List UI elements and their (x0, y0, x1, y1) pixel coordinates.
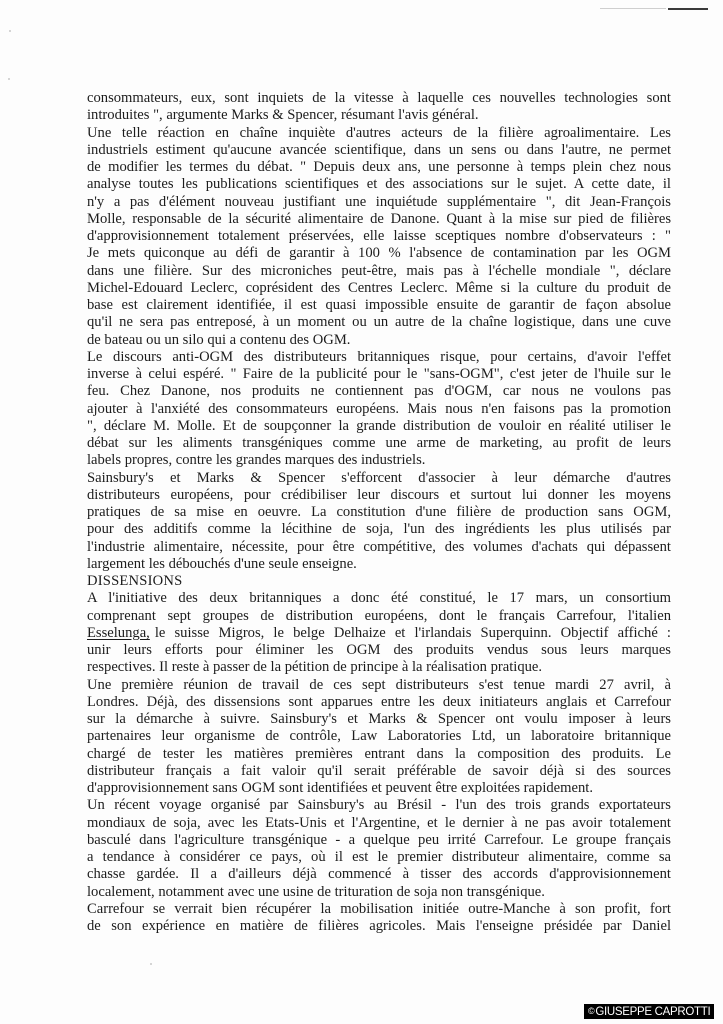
text-line: inverse à celui espéré. " Faire de la pu… (87, 366, 671, 383)
text-line: pratiques de sa mise en oeuvre. La const… (87, 504, 671, 521)
text-line-rest: le suisse Migros, le belge Delhaize et l… (155, 625, 671, 642)
text-line: unir leurs efforts pour éliminer les OGM… (87, 642, 671, 659)
photographer-watermark: ©GIUSEPPE CAPROTTI (584, 1004, 714, 1019)
text-line: de bateau ou un silo qui a contenu des O… (87, 332, 671, 349)
text-line: chasse gardée. Il a d'ailleurs déjà comm… (87, 866, 671, 883)
text-line: d'approvisionnement totalement préservée… (87, 228, 671, 245)
text-line: Le discours anti-OGM des distributeurs b… (87, 349, 671, 366)
text-line: Une telle réaction en chaîne inquiète d'… (87, 125, 671, 142)
paragraph: Une telle réaction en chaîne inquiète d'… (87, 125, 671, 349)
document-body: consommateurs, eux, sont inquiets de la … (87, 90, 671, 935)
text-line: qu'il ne sera pas entreposé, à un moment… (87, 314, 671, 331)
paragraph: consommateurs, eux, sont inquiets de la … (87, 90, 671, 125)
paragraph: Un récent voyage organisé par Sainsbury'… (87, 797, 671, 901)
text-line-with-underline: Esselunga, le suisse Migros, le belge De… (87, 625, 671, 642)
text-line: Une première réunion de travail de ces s… (87, 677, 671, 694)
text-line: base est clairement identifiée, il est q… (87, 297, 671, 314)
text-line: Londres. Déjà, des dissensions sont appa… (87, 694, 671, 711)
text-line: a tendance à considérer ce pays, où il e… (87, 849, 671, 866)
text-line: de son expérience en matière de filières… (87, 918, 671, 935)
text-line: Un récent voyage organisé par Sainsbury'… (87, 797, 671, 814)
text-line: l'industrie alimentaire, nécessite, pour… (87, 539, 671, 556)
text-line: introduites ", argumente Marks & Spencer… (87, 107, 671, 124)
text-line: analyse toutes les publications scientif… (87, 176, 671, 193)
text-line: mondiaux de soja, avec les Etats-Unis et… (87, 815, 671, 832)
text-line: consommateurs, eux, sont inquiets de la … (87, 90, 671, 107)
text-line: Michel-Edouard Leclerc, coprésident des … (87, 280, 671, 297)
text-line: Molle, responsable de la sécurité alimen… (87, 211, 671, 228)
text-line: partenaires leur organisme de contrôle, … (87, 728, 671, 745)
text-line: comprenant sept groupes de distribution … (87, 608, 671, 625)
text-line: feu. Chez Danone, nos produits ne contie… (87, 383, 671, 400)
text-line: Sainsbury's et Marks & Spencer s'efforce… (87, 470, 671, 487)
text-line: distributeurs européens, pour crédibilis… (87, 487, 671, 504)
text-line: ajouter à l'anxiété des consommateurs eu… (87, 401, 671, 418)
text-line: de modifier les termes du débat. " Depui… (87, 159, 671, 176)
text-line: dans une filière. Sur des microniches pe… (87, 263, 671, 280)
paragraph: Une première réunion de travail de ces s… (87, 677, 671, 798)
copyright-icon: © (588, 1004, 594, 1019)
section-heading: DISSENSIONS (87, 573, 671, 590)
scan-speck (9, 30, 11, 32)
paragraph: A l'initiative des deux britanniques a d… (87, 590, 671, 676)
scan-edge-mark (600, 8, 666, 9)
text-line: localement, notamment avec une usine de … (87, 884, 671, 901)
scan-speck (8, 78, 10, 80)
text-line: distributeur français a fait valoir qu'i… (87, 763, 671, 780)
text-line: d'approvisionnement sans OGM sont identi… (87, 780, 671, 797)
text-line: débat sur les aliments transgéniques com… (87, 435, 671, 452)
text-line: n'y a pas d'élément nouveau justifiant u… (87, 194, 671, 211)
text-line: basculé dans l'agriculture transgénique … (87, 832, 671, 849)
paragraph: Le discours anti-OGM des distributeurs b… (87, 349, 671, 470)
scan-top-rule (668, 8, 708, 10)
text-line: A l'initiative des deux britanniques a d… (87, 590, 671, 607)
paragraph: Sainsbury's et Marks & Spencer s'efforce… (87, 470, 671, 574)
text-line: ", déclare M. Molle. Et de soupçonner la… (87, 418, 671, 435)
text-line: chargé de tester les matières premières … (87, 746, 671, 763)
text-line: labels propres, contre les grandes marqu… (87, 452, 671, 469)
underlined-word: Esselunga, (87, 625, 150, 642)
scan-speck (150, 963, 152, 965)
text-line: largement les débouchés d'une seule ense… (87, 556, 671, 573)
text-line: industriels estiment qu'aucune avancée s… (87, 142, 671, 159)
text-line: Je mets quiconque au défi de garantir à … (87, 245, 671, 262)
text-line: respectives. Il reste à passer de la pét… (87, 659, 671, 676)
paragraph: Carrefour se verrait bien récupérer la m… (87, 901, 671, 936)
watermark-text: GIUSEPPE CAPROTTI (595, 1006, 710, 1018)
text-line: Carrefour se verrait bien récupérer la m… (87, 901, 671, 918)
text-line: sur la démarche à suivre. Sainsbury's et… (87, 711, 671, 728)
text-line: pour des additifs comme la lécithine de … (87, 521, 671, 538)
